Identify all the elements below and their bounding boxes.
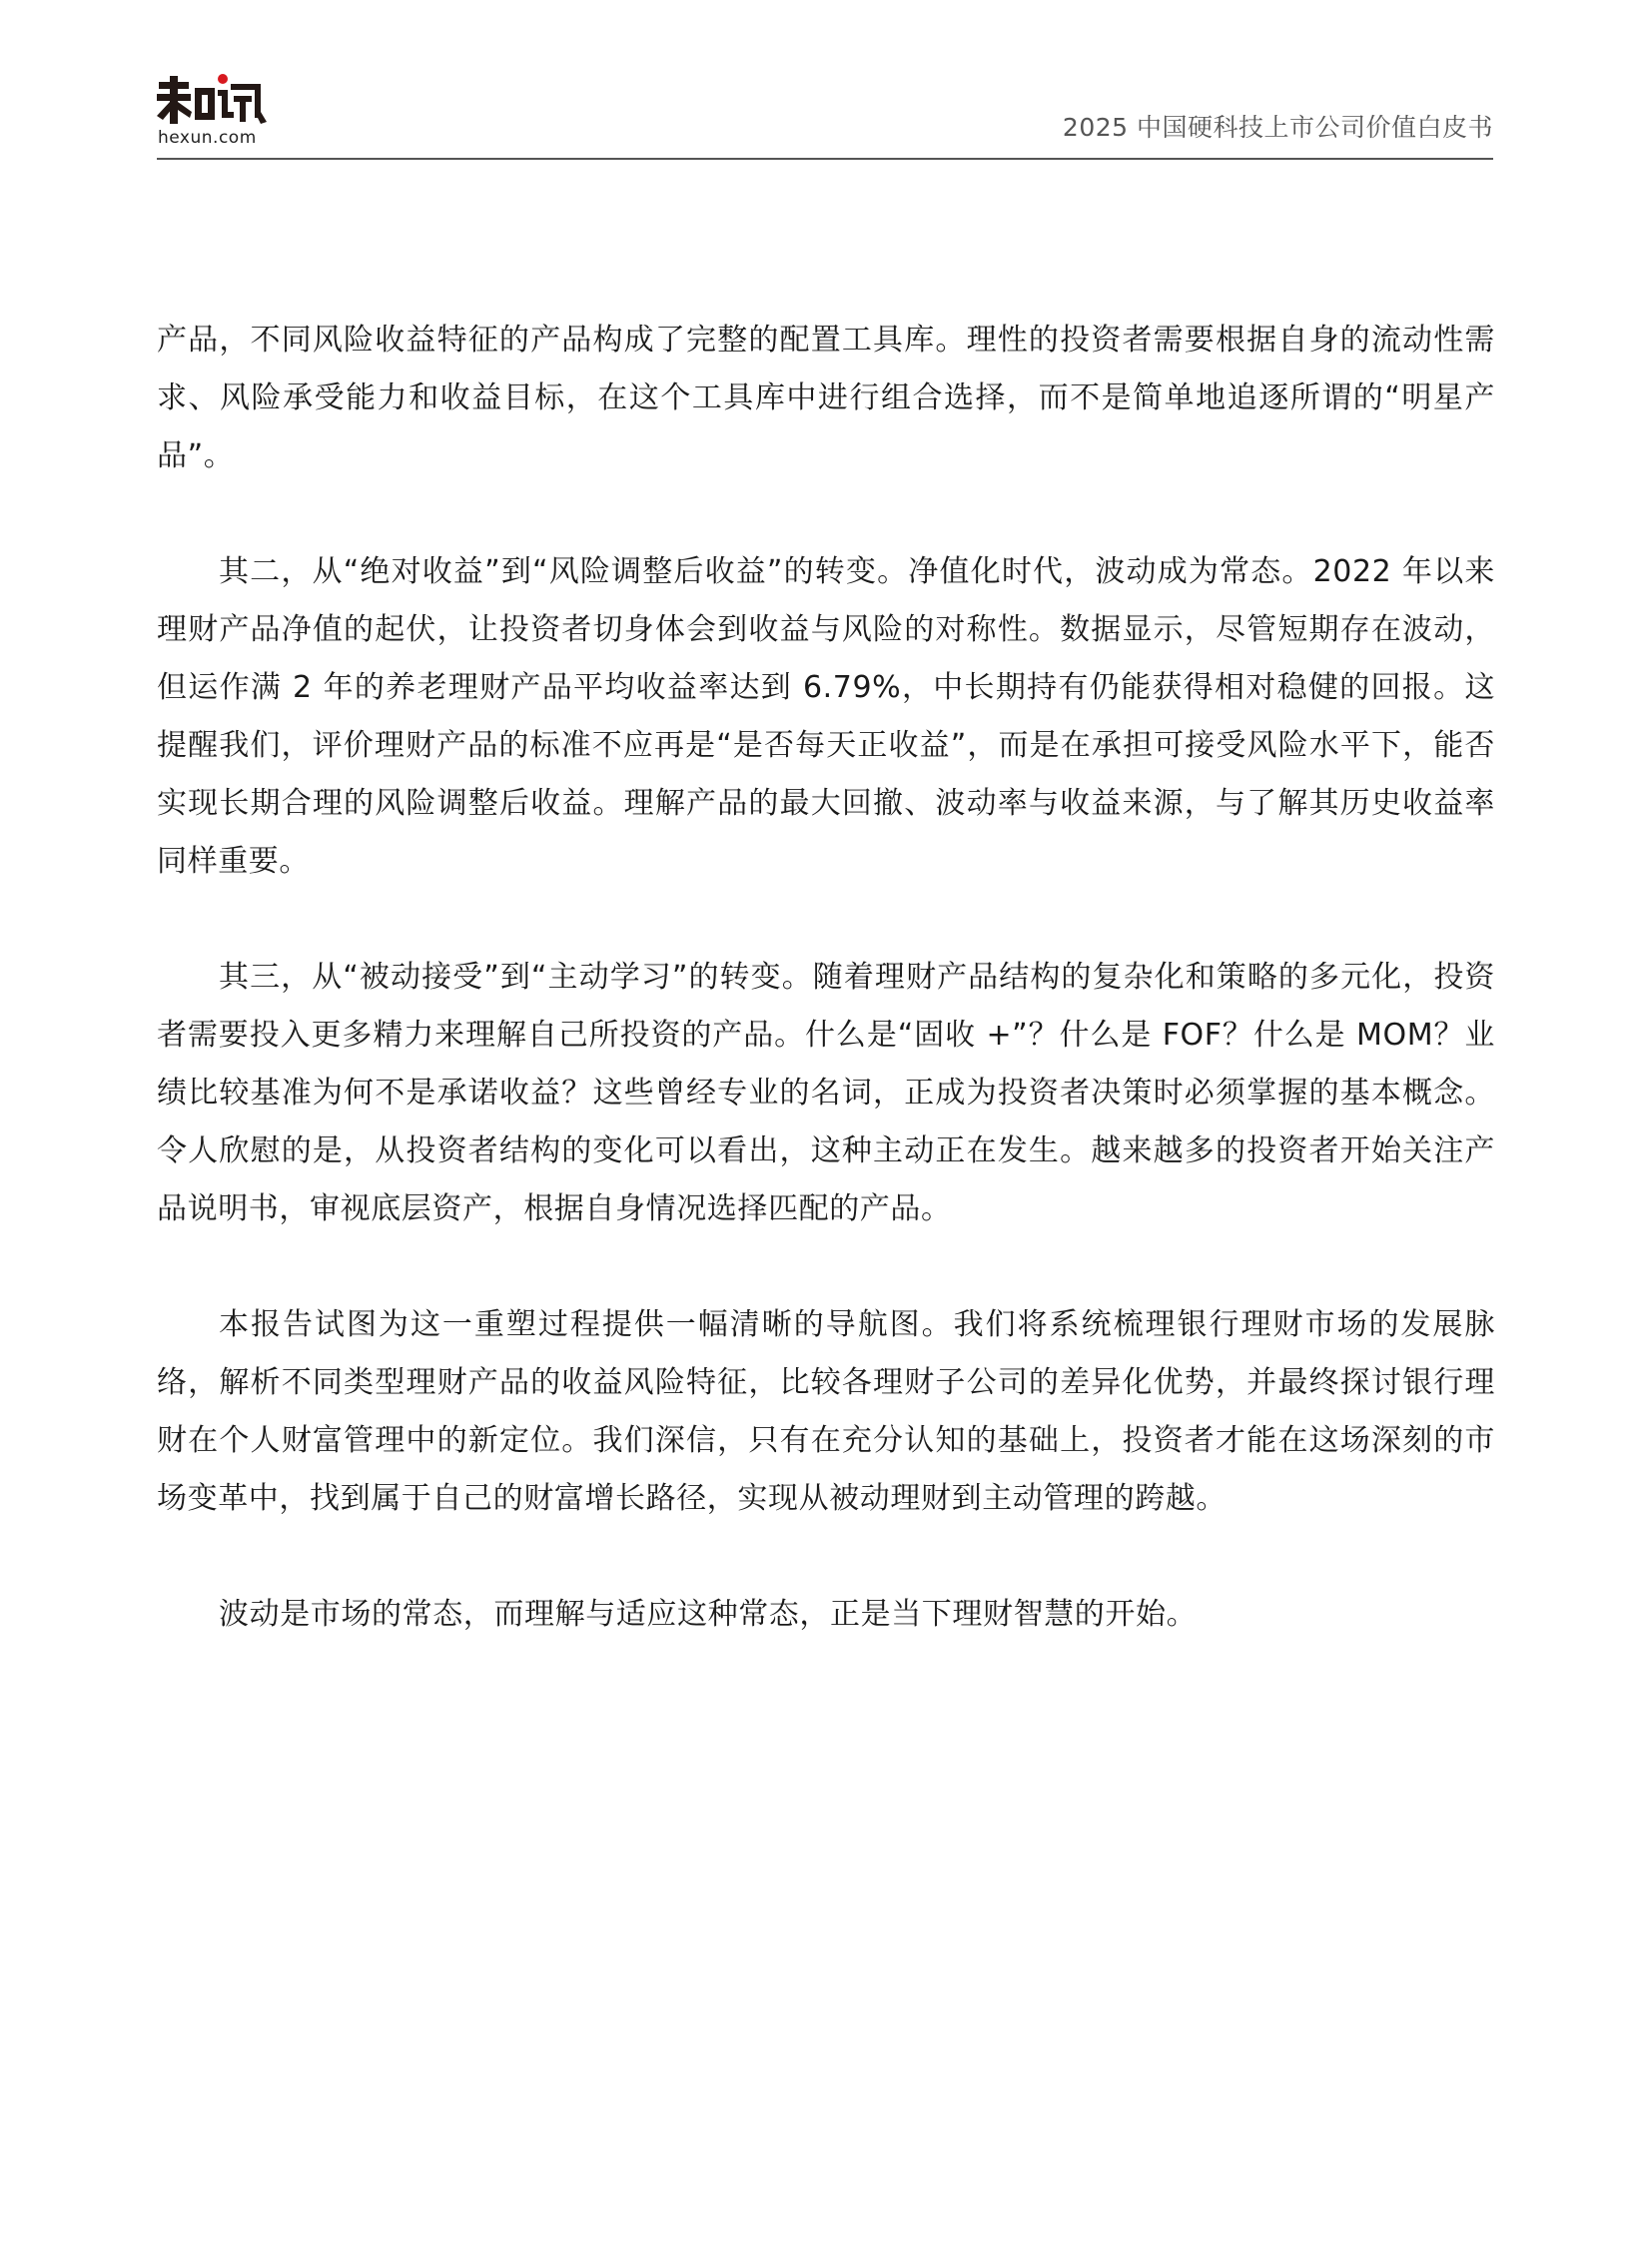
logo-accent-dot <box>218 74 228 84</box>
logo-domain-text: hexun.com <box>158 128 257 148</box>
paragraph-5: 波动是市场的常态，而理解与适应这种常态，正是当下理财智慧的开始。 <box>157 1586 1495 1644</box>
document-title: 2025 中国硬科技上市公司价值白皮书 <box>1063 112 1493 144</box>
paragraph-2: 其二，从“绝对收益”到“风险调整后收益”的转变。净值化时代，波动成为常态。202… <box>157 543 1495 891</box>
paragraph-3: 其三，从“被动接受”到“主动学习”的转变。随着理财产品结构的复杂化和策略的多元化… <box>157 949 1495 1238</box>
hexun-logo[interactable]: hexun.com <box>157 70 277 150</box>
paragraph-4: 本报告试图为这一重塑过程提供一幅清晰的导航图。我们将系统梳理银行理财市场的发展脉… <box>157 1296 1495 1528</box>
page-header: hexun.com 2025 中国硬科技上市公司价值白皮书 <box>157 70 1493 160</box>
paragraph-1: 产品，不同风险收益特征的产品构成了完整的配置工具库。理性的投资者需要根据自身的流… <box>157 312 1495 485</box>
hexun-logo-mark-icon <box>157 74 267 126</box>
document-body: 产品，不同风险收益特征的产品构成了完整的配置工具库。理性的投资者需要根据自身的流… <box>157 312 1495 1702</box>
